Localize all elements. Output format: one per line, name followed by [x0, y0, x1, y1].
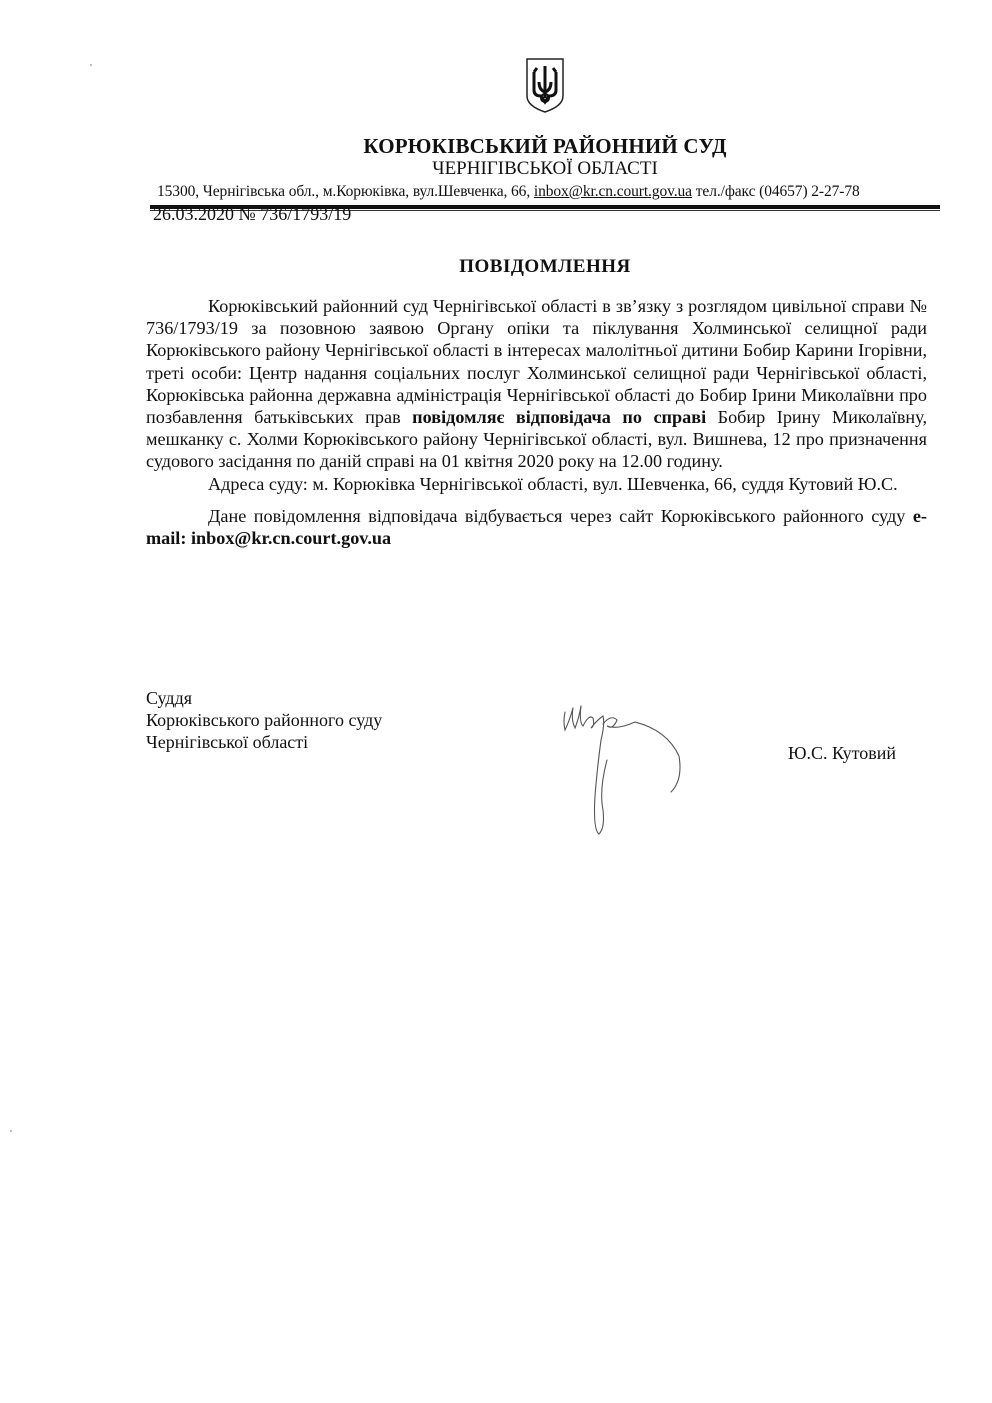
address-text: 15300, Чернігівська обл., м.Корюківка, в… — [157, 183, 534, 200]
signer-court: Корюківського районного суду — [146, 709, 382, 731]
reference-date: 26.03.2020 — [153, 204, 234, 224]
document-title: ПОВІДОМЛЕННЯ — [0, 256, 992, 278]
signer-role: Суддя — [146, 687, 382, 709]
scan-speck — [10, 1130, 12, 1132]
publication-paragraph: Дане повідомлення відповідача відбуваєть… — [146, 505, 927, 549]
court-address-paragraph: Адреса суду: м. Корюківка Чернігівської … — [146, 473, 927, 495]
court-name: КОРЮКІВСЬКИЙ РАЙОННИЙ СУД — [0, 134, 992, 159]
reference-number: 736/1793/19 — [260, 204, 351, 224]
signer-title: Суддя Корюківського районного суду Черні… — [146, 687, 382, 753]
notice-emphasis: повідомляє відповідача по справі — [412, 407, 706, 427]
outgoing-reference: 26.03.2020 № 736/1793/19 — [153, 204, 351, 225]
signer-region: Чернігівської області — [146, 731, 382, 753]
phone-text: тел./факс (04657) 2-27-78 — [692, 183, 860, 200]
scan-speck — [90, 64, 92, 66]
publication-text: Дане повідомлення відповідача відбуваєть… — [208, 506, 913, 526]
reference-number-label: № — [239, 204, 256, 224]
coat-of-arms-icon — [523, 56, 567, 114]
notice-paragraph: Корюківський районний суд Чернігівської … — [146, 295, 927, 473]
signer-name: Ю.С. Кутовий — [788, 743, 896, 764]
court-region: ЧЕРНІГІВСЬКОЇ ОБЛАСТІ — [0, 158, 992, 180]
document-body: Корюківський районний суд Чернігівської … — [146, 295, 927, 549]
court-address-line: 15300, Чернігівська обл., м.Корюківка, в… — [157, 183, 860, 201]
court-email-link[interactable]: inbox@kr.cn.court.gov.ua — [534, 183, 692, 200]
handwritten-signature — [555, 700, 705, 840]
